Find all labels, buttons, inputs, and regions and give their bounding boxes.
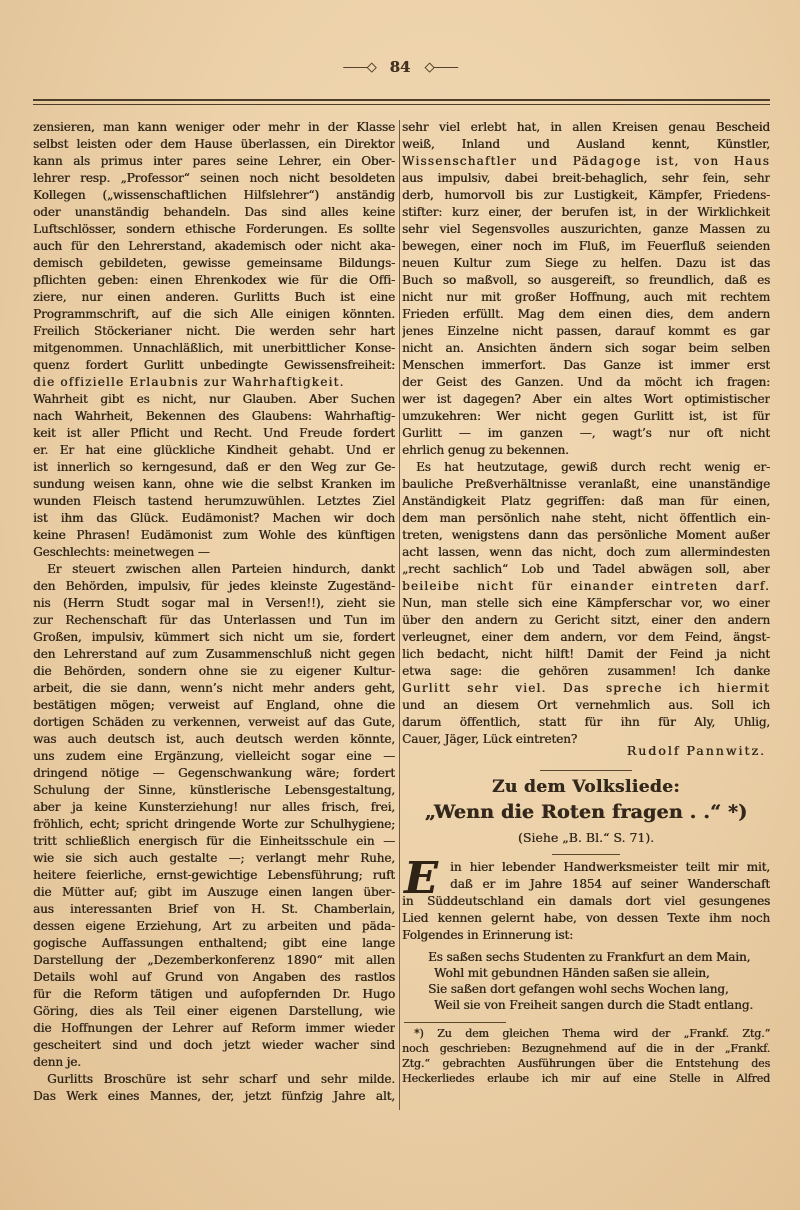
text-line: und an diesem Ort vernehmlich aus. Soll …	[402, 697, 770, 714]
text-line: selbst leisten oder dem Hause überlassen…	[33, 136, 395, 153]
section-title-line1: Zu dem Volksliede:	[402, 777, 770, 797]
scanned-journal-page: ——◇84◇—— zensieren, man kann weniger ode…	[0, 0, 800, 1210]
text-line: darum öffentlich, statt für ihn für Aly,…	[402, 714, 770, 731]
verse-line: Wohl mit gebundnen Händen saßen sie alle…	[402, 965, 770, 981]
section-subtitle: (Siehe „B. Bl.“ S. 71).	[402, 830, 770, 845]
text-line: lich bedacht, nicht hilft! Damit der Fei…	[402, 646, 770, 663]
text-line: nicht an. Ansichten ändern sich sogar be…	[402, 340, 770, 357]
left-column: zensieren, man kann weniger oder mehr in…	[33, 119, 395, 1105]
text-line: zur Rechenschaft für das Unterlassen und…	[33, 612, 395, 629]
text-line: beileibe nicht für einander eintreten da…	[402, 578, 770, 595]
text-line: ehrlich genug zu bekennen.	[402, 442, 770, 459]
text-line: Schulung der Sinne, künstlerische Lebens…	[33, 782, 395, 799]
text-line: Darstellung der „Dezemberkonferenz 1890“…	[33, 952, 395, 969]
text-line: oder unanständig behandeln. Das sind all…	[33, 204, 395, 221]
verse-line: Sie saßen dort gefangen wohl sechs Woche…	[402, 981, 770, 997]
text-line: Menschen immerfort. Das Ganze ist immer …	[402, 357, 770, 374]
text-line: pflichten geben: einen Ehrenkodex wie fü…	[33, 272, 395, 289]
page-header: ——◇84◇——	[0, 58, 800, 76]
text-line: aus impulsiv, dabei breit-behaglich, seh…	[402, 170, 770, 187]
text-line: auch für den Lehrerstand, akademisch ode…	[33, 238, 395, 255]
text-line: über den andern zu Gericht sitzt, einer …	[402, 612, 770, 629]
text-columns: zensieren, man kann weniger oder mehr in…	[33, 119, 770, 1110]
text-line: Luftschlösser, sondern ethische Forderun…	[33, 221, 395, 238]
footnote-line: *) Zu dem gleichen Thema wird der „Frank…	[402, 1026, 770, 1041]
column-divider-rule	[399, 120, 400, 1110]
text-line: heitere feierliche, ernst-gewichtige Leb…	[33, 867, 395, 884]
text-line: Buch so maßvoll, so ausgereift, so freun…	[402, 272, 770, 289]
subtitle-rule	[552, 854, 620, 855]
text-line: was auch deutsch ist, auch deutsch werde…	[33, 731, 395, 748]
text-line: sundung weisen kann, ohne wie die selbst…	[33, 476, 395, 493]
text-line: bestätigen mögen; verweist auf England, …	[33, 697, 395, 714]
text-line: denn je.	[33, 1054, 395, 1071]
text-line: Folgendes in Erinnerung ist:	[402, 927, 770, 944]
text-line: wunden Fleisch tastend herumzuwühlen. Le…	[33, 493, 395, 510]
text-line: Das Werk eines Mannes, der, jetzt fünfzi…	[33, 1088, 395, 1105]
text-line: Frieden erfüllt. Mag dem einen dies, dem…	[402, 306, 770, 323]
text-line: Details wohl auf Grund von Angaben des r…	[33, 969, 395, 986]
text-line: ist ihm das Glück. Eudämonist? Machen wi…	[33, 510, 395, 527]
text-line: Wissenschaftler und Pädagoge ist, von Ha…	[402, 153, 770, 170]
text-line: in Süddeutschland ein damals dort viel g…	[402, 893, 770, 910]
text-line: wer ist dagegen? Aber ein altes Wort opt…	[402, 391, 770, 408]
text-line: arbeit, die sie dann, wenn’s nicht mehr …	[33, 680, 395, 697]
text-line: die Behörden, sondern ohne sie zu eigene…	[33, 663, 395, 680]
text-line: Lied kennen gelernt habe, von dessen Tex…	[402, 910, 770, 927]
drop-cap-initial: E	[404, 859, 438, 899]
text-line: den Lehrerstand auf zum Zusammenschluß n…	[33, 646, 395, 663]
text-line: Programmschrift, auf die sich Alle einig…	[33, 306, 395, 323]
text-line: dringend nötige — Gegenschwankung wäre; …	[33, 765, 395, 782]
text-line: Kollegen („wissenschaftlichen Hilfslehre…	[33, 187, 395, 204]
text-line: Anständigkeit Platz gegriffen: daß man f…	[402, 493, 770, 510]
text-line: den Behörden, impulsiv, für jedes kleins…	[33, 578, 395, 595]
text-line: für die Reform tätigen und aufopfernden …	[33, 986, 395, 1003]
text-line: etwa sage: die gehören zusammen! Ich dan…	[402, 663, 770, 680]
text-line: neuen Kultur zum Siege zu helfen. Dazu i…	[402, 255, 770, 272]
text-line: der Geist des Ganzen. Und da möcht ich f…	[402, 374, 770, 391]
text-line: keit ist aller Pflicht und Recht. Und Fr…	[33, 425, 395, 442]
text-line: fröhlich, echt; spricht dringende Worte …	[33, 816, 395, 833]
text-line: sehr viel Segensvolles auszurichten, gan…	[402, 221, 770, 238]
text-line: mitgenommen. Unnachläßlich, mit unerbitt…	[33, 340, 395, 357]
text-line: demisch gebildeten, gewisse gemeinsame B…	[33, 255, 395, 272]
text-line: derb, humorvoll bis zur Lustigkeit, Kämp…	[402, 187, 770, 204]
text-line: bauliche Preßverhältnisse veranlaßt, ein…	[402, 476, 770, 493]
text-line: daß er im Jahre 1854 auf seiner Wandersc…	[402, 876, 770, 893]
text-line: wie sie sich auch gestalte —; verlangt m…	[33, 850, 395, 867]
header-double-rule	[33, 99, 770, 105]
text-line: aber ja keine Kunsterziehung! nur alles …	[33, 799, 395, 816]
footnote-line: Ztg.“ gebrachten Ausführungen über die E…	[402, 1056, 770, 1071]
page-number: 84	[390, 58, 411, 76]
text-line: umzukehren: Wer nicht gegen Gurlitt ist,…	[402, 408, 770, 425]
text-line: in hier lebender Handwerksmeister teilt …	[402, 859, 770, 876]
text-line: Großen, impulsiv, kümmert sich nicht um …	[33, 629, 395, 646]
text-line: die Mütter auf; gibt im Auszuge einen la…	[33, 884, 395, 901]
intro-lines: in hier lebender Handwerksmeister teilt …	[402, 859, 770, 944]
text-line: Nun, man stelle sich eine Kämpferschar v…	[402, 595, 770, 612]
footnote-rule	[404, 1022, 506, 1023]
footnote: *) Zu dem gleichen Thema wird der „Frank…	[402, 1026, 770, 1086]
text-line: Er steuert zwischen allen Parteien hindu…	[33, 561, 395, 578]
footnote-line: noch geschrieben: Bezugnehmend auf die i…	[402, 1041, 770, 1056]
text-line: Gurlitt sehr viel. Das spreche ich hierm…	[402, 680, 770, 697]
article-continuation: sehr viel erlebt hat, in allen Kreisen g…	[402, 119, 770, 748]
right-column: sehr viel erlebt hat, in allen Kreisen g…	[402, 119, 770, 1086]
text-line: tritt schließlich energisch für die Einh…	[33, 833, 395, 850]
text-line: uns zudem eine Ergänzung, vielleicht sog…	[33, 748, 395, 765]
section-separator-rule	[540, 770, 632, 771]
text-line: aus interessanten Brief von H. St. Chamb…	[33, 901, 395, 918]
text-line: nicht nur mit großer Hoffnung, auch mit …	[402, 289, 770, 306]
text-line: lehrer resp. „Professor“ seinen noch nic…	[33, 170, 395, 187]
text-line: Göring, dies als Teil einer eigenen Dars…	[33, 1003, 395, 1020]
text-line: Gurlitts Broschüre ist sehr scharf und s…	[33, 1071, 395, 1088]
text-line: quenz fordert Gurlitt unbedingte Gewisse…	[33, 357, 395, 374]
text-line: dessen eigene Erziehung, Art zu arbeiten…	[33, 918, 395, 935]
text-line: keine Phrasen! Eudämonist zum Wohle des …	[33, 527, 395, 544]
text-line: Freilich Stöckerianer nicht. Die werden …	[33, 323, 395, 340]
text-line: weiß, Inland und Ausland kennt, Künstler…	[402, 136, 770, 153]
text-line: gogische Auffassungen enthaltend; gibt e…	[33, 935, 395, 952]
text-line: acht lassen, wenn das nicht, doch zum al…	[402, 544, 770, 561]
song-verse: Es saßen sechs Studenten zu Frankfurt an…	[402, 949, 770, 1013]
text-line: Gurlitt — im ganzen —, wagt’s nur oft ni…	[402, 425, 770, 442]
text-line: Es hat heutzutage, gewiß durch recht wen…	[402, 459, 770, 476]
text-line: treten, wenigstens dann das persönliche …	[402, 527, 770, 544]
text-line: „recht sachlich“ Lob und Tadel abwägen s…	[402, 561, 770, 578]
text-line: Wahrheit gibt es nicht, nur Glauben. Abe…	[33, 391, 395, 408]
text-line: Geschlechts: meinetwegen —	[33, 544, 395, 561]
text-line: gescheitert sind und doch jetzt wieder w…	[33, 1037, 395, 1054]
footnote-line: Heckerliedes erlaube ich mir auf eine St…	[402, 1071, 770, 1086]
section-title-line2: „Wenn die Roten fragen . .“ *)	[402, 801, 770, 823]
text-line: die Hoffnungen der Lehrer auf Reform imm…	[33, 1020, 395, 1037]
text-line: verleugnet, einer dem andern, vor dem Fe…	[402, 629, 770, 646]
section-intro-paragraph: E in hier lebender Handwerksmeister teil…	[402, 859, 770, 944]
text-line: jenes Einzelne nicht passen, darauf komm…	[402, 323, 770, 340]
text-line: ist innerlich so kerngesund, daß er den …	[33, 459, 395, 476]
text-line: er. Er hat eine glückliche Kindheit geha…	[33, 442, 395, 459]
text-line: nach Wahrheit, Bekennen des Glaubens: Wa…	[33, 408, 395, 425]
text-line: ziere, nur einen anderen. Gurlitts Buch …	[33, 289, 395, 306]
text-line: dem man persönlich nahe steht, nicht öff…	[402, 510, 770, 527]
verse-line: Es saßen sechs Studenten zu Frankfurt an…	[402, 949, 770, 965]
text-line: dortigen Schäden zu verkennen, verweist …	[33, 714, 395, 731]
verse-line: Weil sie von Freiheit sangen durch die S…	[402, 997, 770, 1013]
text-line: nis (Herrn Studt sogar mal in Versen!!),…	[33, 595, 395, 612]
header-ornament-right: ◇——	[424, 60, 457, 75]
text-line: sehr viel erlebt hat, in allen Kreisen g…	[402, 119, 770, 136]
text-line: bewegen, einer noch im Fluß, im Feuerflu…	[402, 238, 770, 255]
header-ornament-left: ——◇	[343, 60, 376, 75]
text-line: stifter: kurz einer, der berufen ist, in…	[402, 204, 770, 221]
text-line: zensieren, man kann weniger oder mehr in…	[33, 119, 395, 136]
text-line: die offizielle Erlaubnis zur Wahrhaftigk…	[33, 374, 395, 391]
text-line: kann als primus inter pares seine Lehrer…	[33, 153, 395, 170]
